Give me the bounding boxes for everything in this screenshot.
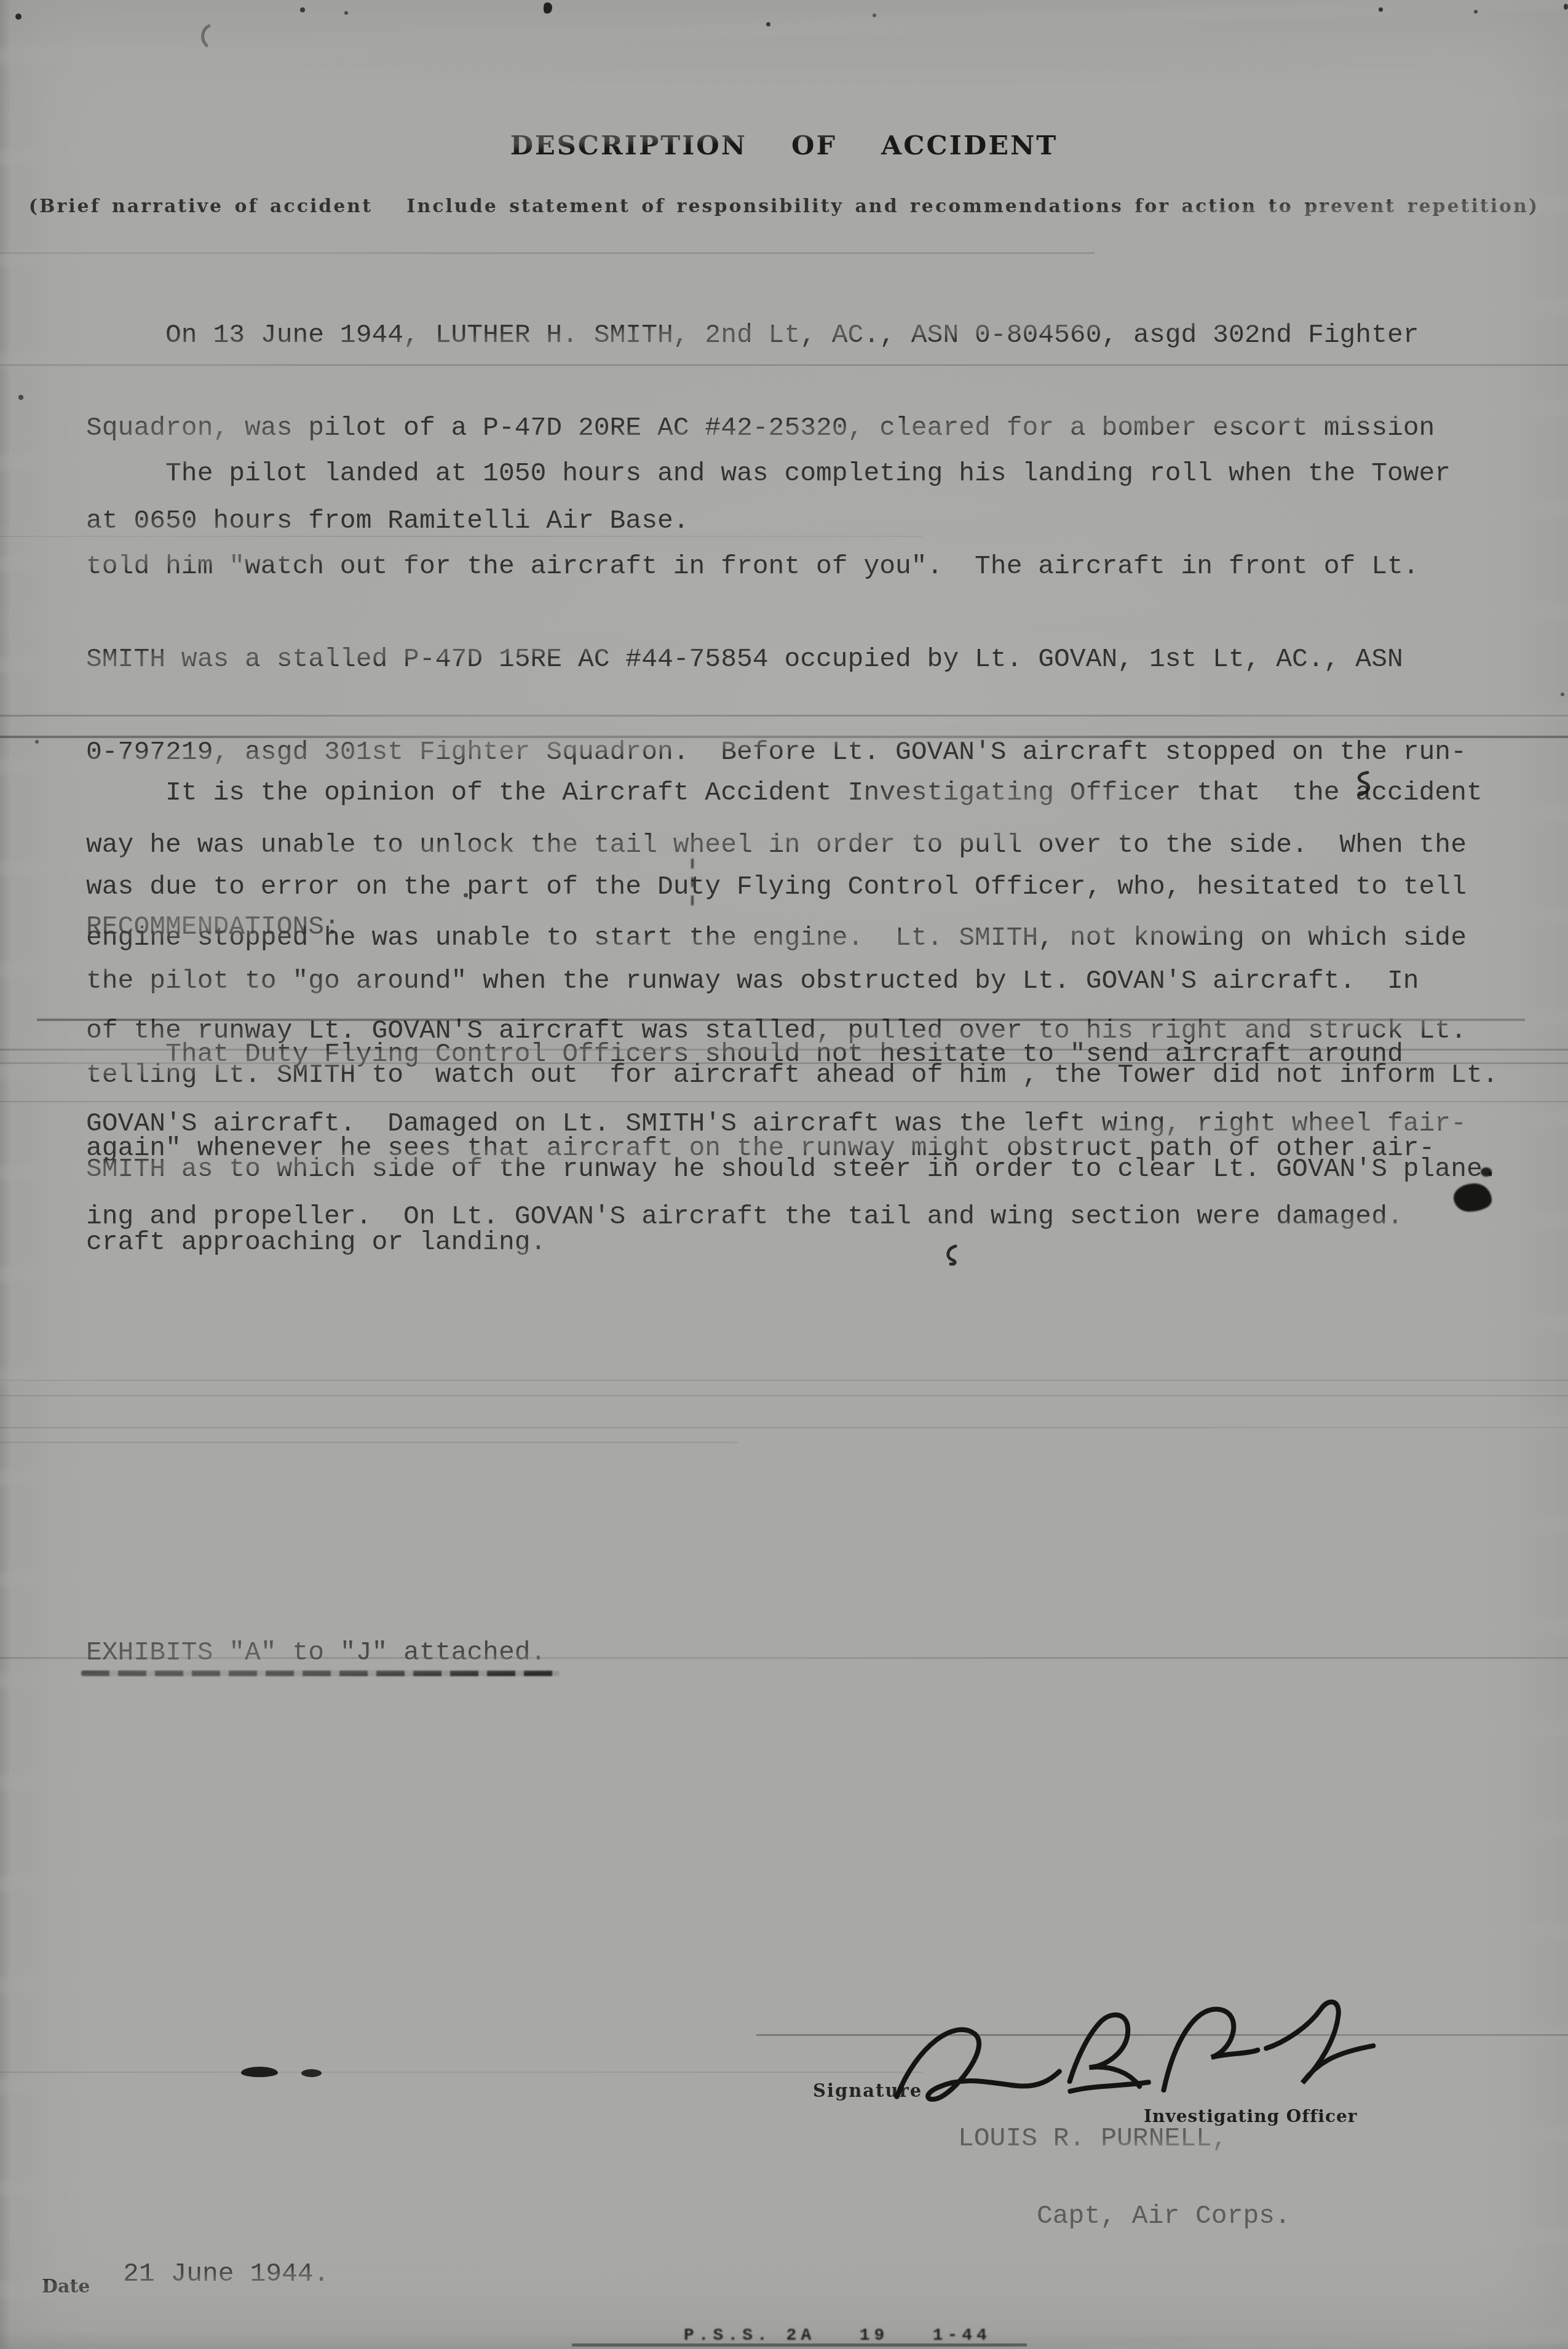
narrative-paragraph-4: That Duty Flying Control Officers should… [86,977,1435,1319]
scan-streak [0,1049,1568,1051]
ink-speck [1561,693,1564,696]
ink-speck [1564,4,1568,10]
ink-speck [344,11,348,15]
narrative-line: It is the opinion of the Aircraft Accide… [86,776,1499,809]
pen-dash [301,2069,322,2077]
handwritten-signature [881,1984,1398,2137]
date-value: 21 June 1944. [123,2259,329,2289]
narrative-line: was due to error on the part of the Duty… [86,870,1499,904]
pen-mark [691,859,694,913]
pen-mark [1353,770,1374,797]
ink-speck [300,7,305,12]
scan-streak [0,1395,1568,1396]
scan-streak [0,1101,1568,1102]
narrative-line: The pilot landed at 1050 hours and was c… [86,457,1467,490]
ink-speck [1379,7,1383,12]
narrative-line: told him "watch out for the aircraft in … [86,550,1467,582]
date-label: Date [42,2276,90,2297]
scan-streak [37,1019,1525,1021]
scan-streak [0,252,1095,254]
ink-speck [18,395,23,400]
scan-streak [0,715,1568,717]
pen-mark [196,23,214,48]
exhibits-note: EXHIBITS "A" to "J" attached. [86,1637,546,1667]
scan-streak [0,1657,1568,1659]
scan-streak [0,1427,1568,1428]
pen-mark [943,1244,959,1266]
narrative-line: That Duty Flying Control Officers should… [86,1037,1435,1071]
narrative-line: again" whenever he sees that aircraft on… [86,1131,1435,1165]
narrative-line: craft approaching or landing. [86,1225,1435,1259]
ink-speck [766,22,770,26]
form-print-code: P.S.S. 2A 19 1-44 [684,2326,991,2345]
narrative-line: On 13 June 1944, LUTHER H. SMITH, 2nd Lt… [86,319,1435,351]
ink-speck [873,14,876,17]
scan-streak [0,1380,1568,1381]
ink-speck [35,740,39,744]
narrative-line: SMITH was a stalled P-47D 15RE AC #44-75… [86,643,1467,675]
scan-streak [0,1062,1568,1064]
scan-streak [572,2343,1027,2347]
scan-streak [0,1442,738,1443]
ink-speck [464,893,468,897]
scan-streak [0,364,1568,366]
scan-streak [0,536,922,537]
recommendations-heading: RECOMMENDATIONS: [86,912,340,942]
ink-blot [1481,1167,1492,1177]
pen-dash [241,2067,278,2077]
accident-report-page: DESCRIPTION OF ACCIDENT (Brief narrative… [0,0,1568,2349]
form-instruction: (Brief narrative of accident Include sta… [0,196,1568,217]
ink-speck [1474,10,1478,14]
scan-streak [0,736,1568,738]
typed-signer-rank: Capt, Air Corps. [1037,2201,1291,2231]
ink-speck [15,14,22,20]
page-title: DESCRIPTION OF ACCIDENT [0,130,1568,161]
ink-blot [1454,1183,1492,1212]
ink-blot [544,2,552,14]
exhibits-underline [81,1671,560,1676]
scan-streak [0,2072,922,2073]
